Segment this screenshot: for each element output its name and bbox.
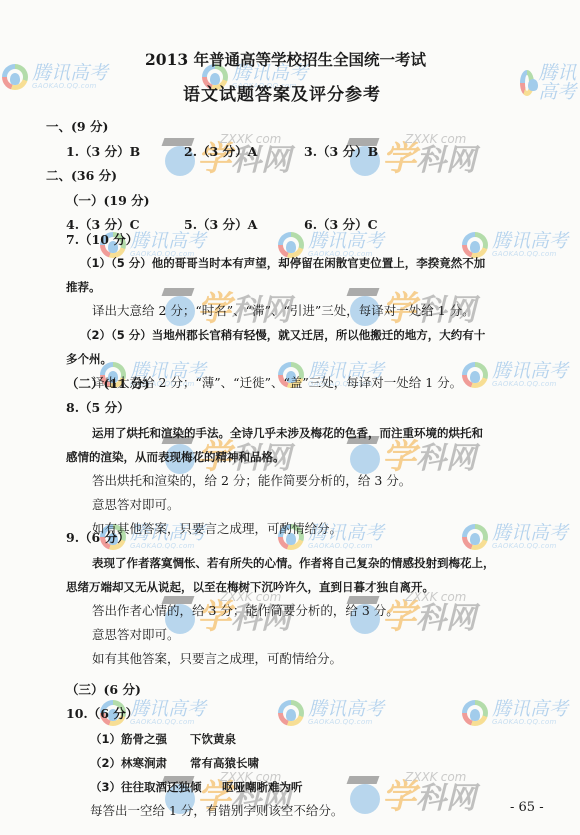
answer-q5: 5.（3 分）A (184, 217, 257, 233)
answer-text: （1）筋骨之强 (90, 731, 167, 747)
answer-text: （2）（5 分）当地州郡长官稍有轻慢，就又迁居，所以他搬迁的地方，大约有十 (80, 327, 485, 343)
zxxk-watermark: 学科网 (350, 440, 476, 474)
answer-text: 表现了作者落寞惆怅、若有所失的心情。作者将自己复杂的情感投射到梅花上， (92, 555, 495, 571)
tencent-watermark: 腾讯高考GAOKAO.QQ.com (462, 362, 568, 388)
answer-text: 呕哑嘲哳难为听 (222, 779, 303, 795)
page-number: - 65 - (510, 800, 544, 816)
answer-q6: 6.（3 分）C (304, 217, 378, 233)
scoring-note: 如有其他答案，只要言之成理，可酌情给分。 (92, 651, 342, 667)
answer-text: 常有高猿长啸 (190, 755, 259, 771)
answer-text: 运用了烘托和渲染的手法。全诗几乎未涉及梅花的色香，而注重环境的烘托和 (92, 425, 483, 441)
answer-text: 多个州。 (66, 351, 112, 367)
answer-text: （1）（5 分）他的哥哥当时本有声望，却停留在闲散官吏位置上，李揆竟然不加 (80, 255, 485, 271)
tencent-logo-icon (2, 64, 28, 90)
scoring-note: 译出大意给 2 分；“时名”、“滞”、“引进”三处，每译对一处给 1 分。 (92, 303, 475, 319)
tencent-logo-icon (520, 70, 534, 96)
answer-text: 推荐。 (66, 279, 101, 295)
subsection-heading: （三）(6 分) (66, 682, 141, 698)
tencent-watermark: 腾讯高考GAOKAO.QQ.com (278, 700, 384, 726)
answer-q3: 3.（3 分）B (304, 144, 378, 160)
document-title: 2013 年普通高等学校招生全国统一考试 (145, 52, 426, 68)
mascot-icon (350, 784, 380, 814)
scoring-note: 意思答对即可。 (92, 497, 180, 513)
scoring-note: 意思答对即可。 (92, 627, 180, 643)
tencent-logo-icon (462, 700, 488, 726)
answer-q2: 2.（3 分）A (184, 144, 257, 160)
subsection-heading: （二）(11 分) (66, 376, 150, 392)
question-heading: 7.（10 分） (66, 232, 138, 248)
question-heading: 10.（6 分） (66, 706, 138, 722)
exam-answer-page: 腾讯高考GAOKAO.QQ.com 腾讯高考GAOKAO.QQ.com 腾讯高考… (0, 0, 580, 835)
tencent-watermark: 腾讯高考GAOKAO.QQ.com (2, 64, 108, 90)
document-subtitle: 语文试题答案及评分参考 (183, 87, 381, 103)
zxxk-watermark: 学科网 ZXXK com (350, 780, 476, 814)
mascot-icon (350, 444, 380, 474)
tencent-logo-icon (462, 524, 488, 550)
answer-text: （2）林寒涧肃 (90, 755, 167, 771)
answer-text: 下饮黄泉 (190, 731, 236, 747)
scoring-note: 答出烘托和渲染的，给 2 分；能作简要分析的，给 3 分。 (92, 473, 411, 489)
tencent-watermark: 腾讯高考GAOKAO.QQ.com (462, 524, 568, 550)
question-heading: 8.（5 分） (66, 400, 130, 416)
answer-text: 感情的渲染，从而表现梅花的精神和品格。 (66, 449, 285, 465)
tencent-watermark: 腾讯高考 (520, 64, 580, 102)
scoring-note: 答出作者心情的，给 3 分；能作简要分析的，给 3 分。 (92, 603, 399, 619)
tencent-logo-icon (278, 700, 304, 726)
section-heading: 二、(36 分) (46, 168, 117, 184)
subsection-heading: （一）(19 分) (66, 193, 150, 209)
answer-text: 思绪万端却又无从说起，以至在梅树下沉吟许久，直到日暮才独自离开。 (66, 579, 434, 595)
tencent-logo-icon (462, 362, 488, 388)
question-heading: 9.（6 分） (66, 530, 130, 546)
answer-text: （3）往往取酒还独倾 (90, 779, 202, 795)
scoring-note: 每答出一空给 1 分，有错别字则该空不给分。 (90, 803, 343, 819)
answer-q4: 4.（3 分）C (66, 217, 140, 233)
tencent-watermark: 腾讯高考GAOKAO.QQ.com (462, 700, 568, 726)
section-heading: 一、(9 分) (46, 119, 108, 135)
answer-q1: 1.（3 分）B (66, 144, 140, 160)
